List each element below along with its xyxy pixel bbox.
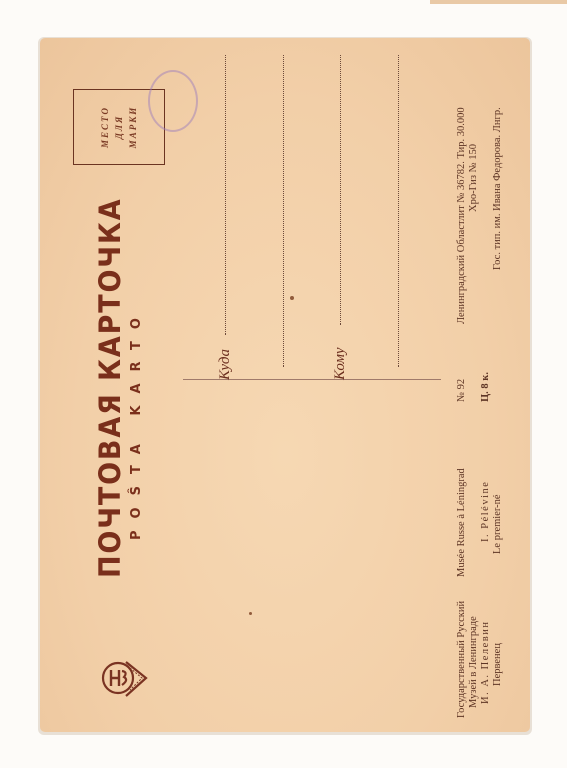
to-where-label: Куда <box>216 349 234 380</box>
museum-fr: Musée Russe à Léningrad <box>456 468 468 577</box>
to-whom-label: Кому <box>331 347 349 380</box>
artist-fr: I. Pélévine <box>480 481 492 542</box>
museum-ru-2: Музей в Ленинграде <box>468 616 480 708</box>
ink-spot <box>290 296 294 300</box>
scan-edge <box>430 0 567 4</box>
postcard-title: ПОЧТОВАЯ КАРТОЧКА <box>94 262 126 578</box>
printer-imprint: Гос. тип. им. Ивана Федорова. Лнгр. <box>492 107 504 270</box>
work-fr: Le premier-né <box>492 494 504 554</box>
publisher-imprint: Хро-Гиз № 150 <box>468 144 480 212</box>
card-price: Ц. 8 к. <box>480 372 492 402</box>
stamp-box-line-3: МАРКИ <box>126 106 140 149</box>
artist-ru: И. А. Пелевин <box>480 620 492 704</box>
stamp-box-line-1: МЕСТО <box>98 106 112 148</box>
card-number: № 92 <box>456 379 468 402</box>
to-whom-line-2[interactable] <box>398 55 399 367</box>
museum-ru: Государственный Русский <box>456 601 468 718</box>
to-whom-line-1[interactable] <box>340 55 341 325</box>
postcard-subtitle-esperanto: POŜTA KARTO <box>128 290 146 540</box>
to-where-line-2[interactable] <box>283 55 284 367</box>
ink-spot <box>249 612 252 615</box>
publisher-monogram-icon <box>96 652 150 706</box>
violet-postmark-stamp <box>148 70 198 132</box>
censor-imprint: Ленинградский Областлит № 36782. Тир. 30… <box>456 107 468 324</box>
work-ru: Первенец <box>492 643 504 686</box>
to-where-line-1[interactable] <box>225 55 226 335</box>
stamp-box-line-2: ДЛЯ <box>112 115 126 140</box>
postcard: ПОЧТОВАЯ КАРТОЧКА POŜTA KARTO МЕСТО ДЛЯ … <box>40 38 530 732</box>
